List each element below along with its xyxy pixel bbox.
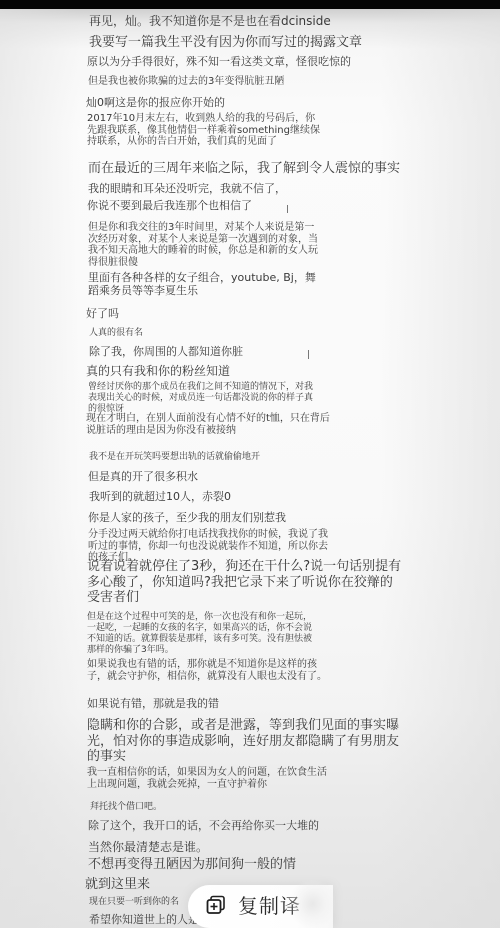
text-line: 曾经讨厌你的那个成员在我们之间不知道的情况下，对我表现出关心的时候，对成员连一句… [88, 382, 320, 415]
text-line: 不想再变得丑陋因为那间狗一般的情 [88, 857, 368, 873]
text-line: 如果说有错，那就是我的错 [87, 697, 327, 710]
text-line: 里面有各种各样的女子组合，youtube, Bj，舞蹈乘务员等等李夏生乐 [88, 271, 320, 297]
text-line: 你说不要到最后我连那个也相信了 [87, 199, 407, 212]
text-line: 我一直相信你的话，如果因为女人的问题，在饮食生活上出现问题，我就会死掉，一直守护… [87, 767, 327, 790]
text-line: 我要写一篇我生平没有因为你而写过的揭露文章 [89, 35, 409, 51]
text-line: 但是真的开了很多积水 [88, 470, 338, 483]
copy-translate-button[interactable]: 复制译 [188, 885, 333, 928]
text-line: 当然你最清楚志是谁。 [88, 840, 348, 854]
text-line: 除了这个，我开口的话，不会再给你买一大堆的 [88, 819, 348, 832]
text-line: 隐瞒和你的合影，或者是泄露，等到我们见面的事实曝光，怕对你的事造成影响，连好朋友… [87, 718, 405, 765]
copy-translate-label: 复制译 [238, 894, 301, 918]
text-line: 我不是在开玩笑吗要想出轨的话就偷偷地开 [89, 452, 339, 463]
text-line: 而在最近的三周年来临之际，我了解到令人震惊的事实 [88, 161, 408, 177]
text-line: 我听到的就超过10人，赤裂0 [89, 490, 339, 503]
text-line: 再见，灿。我不知道你是不是也在看dcinside [89, 14, 409, 28]
copy-icon [206, 895, 226, 915]
text-cursor-mark [308, 350, 309, 359]
text-line: 但是我也被你欺骗的过去的3年变得肮脏丑陋 [88, 76, 408, 88]
text-line: 你是人家的孩子，至少我的朋友们别惹我 [88, 511, 338, 524]
text-line: 现在才明白，在别人面前没有心情不好的t恤，只在背后说脏话的理由是因为你没有被接纳 [86, 413, 336, 436]
text-line: 但是你和我交往的3年时间里，对某个人来说是第一次经历对象，对某个人来说是第一次遇… [88, 222, 320, 268]
text-line: 真的只有我和你的粉丝知道 [86, 364, 326, 378]
text-line: 原以为分手得很好，殊不知一看这类文章，怪很吃惊的 [87, 55, 407, 68]
text-line: 灿0啊这是你的报应你开始的 [86, 96, 406, 109]
text-cursor-mark [374, 578, 375, 588]
text-line: 但是在这个过程中可笑的是，你一次也没有和你一起玩，一起吃，一起睡的女孩的名字，如… [87, 612, 319, 656]
text-line: 2017年10月末左右，收到熟人给的我的号码后，你先跟我联系，像其他情侣一样乘着… [87, 113, 322, 148]
text-line: 我的眼睛和耳朵还没听完，我就不信了， [88, 182, 408, 195]
text-line: 好了吗 [86, 307, 286, 320]
top-bar [0, 0, 500, 9]
text-line: 说着说着就停住了3秒，狗还在干什么?说一句话别提有多心酸了，你知道吗?我把它录下… [87, 559, 405, 606]
text-line: 除了我，你周围的人都知道你脏 [89, 345, 329, 358]
text-line: 人真的很有名 [89, 328, 289, 339]
text-cursor-mark [287, 205, 288, 213]
text-line: 拜托找个借口吧。 [90, 802, 290, 813]
text-line: 如果说我也有错的话，那你就是不知道你是这样的孩子，就会守护你，相信你，就算没有人… [87, 659, 327, 682]
